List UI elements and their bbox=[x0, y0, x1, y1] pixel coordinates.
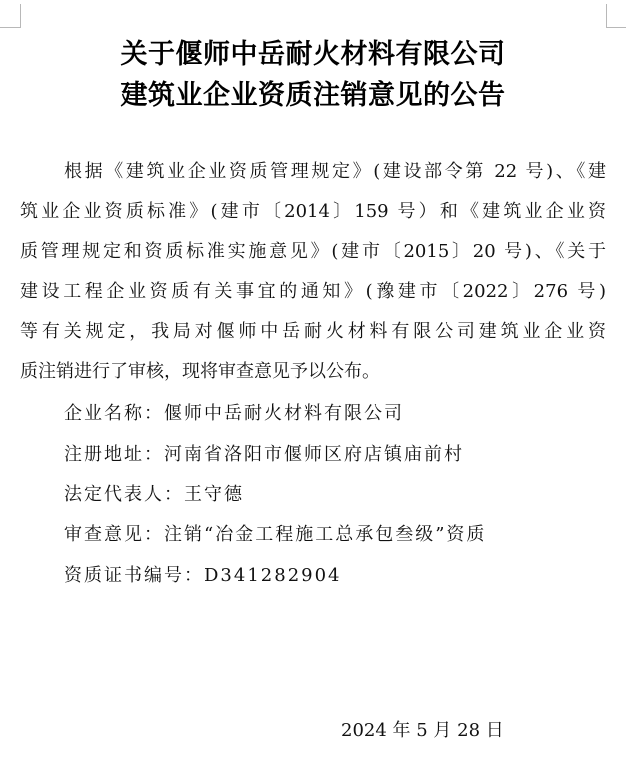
page-corner-mark-left bbox=[0, 4, 21, 28]
body-line: 建设工程企业资质有关事宜的通知》(豫建市〔2022〕276 号) bbox=[20, 272, 606, 312]
body-line: 质注销进行了审核，现将审查意见予以公布。 bbox=[20, 352, 606, 392]
field-label: 企业名称： bbox=[64, 403, 164, 424]
field-review-opinion: 审查意见：注销“冶金工程施工总承包叁级”资质 bbox=[64, 520, 486, 546]
body-line: 根据《建筑业企业资质管理规定》(建设部令第 22 号)、《建 bbox=[20, 152, 606, 192]
field-certificate-number: 资质证书编号：D341282904 bbox=[64, 561, 342, 587]
field-legal-representative: 法定代表人：王守德 bbox=[64, 480, 244, 506]
body-line: 筑业企业资质标准》(建市〔2014〕159 号）和《建筑业企业资 bbox=[20, 192, 606, 232]
field-label: 注册地址： bbox=[64, 444, 164, 465]
field-value: 注销“冶金工程施工总承包叁级”资质 bbox=[164, 524, 486, 545]
field-registered-address: 注册地址：河南省洛阳市偃师区府店镇庙前村 bbox=[64, 440, 464, 466]
page-corner-mark-right bbox=[606, 4, 626, 28]
field-value: 王守德 bbox=[184, 484, 244, 505]
document-title-line-1: 关于偃师中岳耐火材料有限公司 bbox=[0, 32, 626, 71]
field-label: 法定代表人： bbox=[64, 484, 184, 505]
body-line: 质管理规定和资质标准实施意见》(建市〔2015〕20 号)、《关于 bbox=[20, 232, 606, 272]
body-line: 等有关规定，我局对偃师中岳耐火材料有限公司建筑业企业资 bbox=[20, 312, 606, 352]
field-company-name: 企业名称：偃师中岳耐火材料有限公司 bbox=[64, 399, 404, 425]
field-label: 审查意见： bbox=[64, 524, 164, 545]
document-title-line-2: 建筑业企业资质注销意见的公告 bbox=[0, 73, 626, 112]
body-paragraph: 根据《建筑业企业资质管理规定》(建设部令第 22 号)、《建 筑业企业资质标准》… bbox=[20, 152, 606, 392]
field-value: 河南省洛阳市偃师区府店镇庙前村 bbox=[164, 444, 464, 465]
field-value: 偃师中岳耐火材料有限公司 bbox=[164, 403, 404, 424]
document-date: 2024 年 5 月 28 日 bbox=[341, 716, 504, 742]
field-label: 资质证书编号： bbox=[64, 565, 204, 586]
field-value: D341282904 bbox=[204, 565, 342, 586]
